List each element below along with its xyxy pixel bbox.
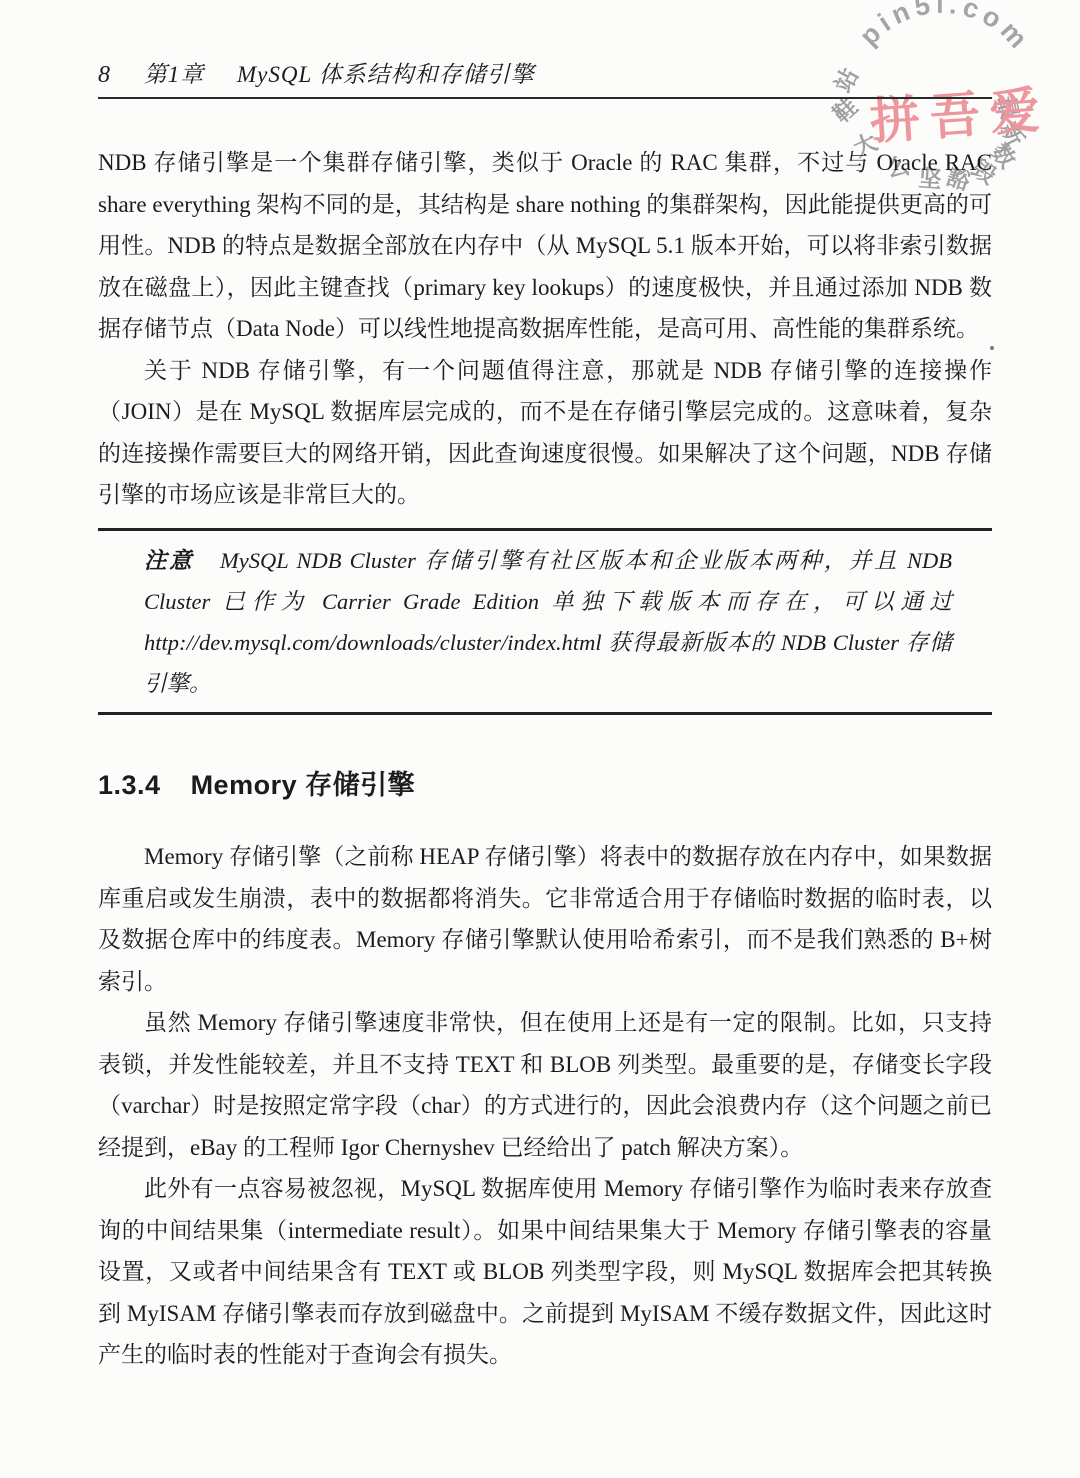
book-page-scan: pin5i.com 站 鞋 大 么 坚 豁 毁 数 新 最 拼吾爱 8 第1章 … [0,0,1080,1478]
section-heading: 1.3.4Memory 存储引擎 [98,765,992,807]
paragraph-memory-3: 此外有一点容易被忽视，MySQL 数据库使用 Memory 存储引擎作为临时表来… [98,1168,992,1376]
chapter-title: MySQL 体系结构和存储引擎 [237,62,535,87]
running-head: 8 第1章 MySQL 体系结构和存储引擎 [98,56,992,99]
section-number: 1.3.4 [98,770,161,800]
paragraph-memory-2: 虽然 Memory 存储引擎速度非常快，但在使用上还是有一定的限制。比如，只支持… [98,1002,992,1168]
note-label: 注意 [144,548,194,573]
watermark-ring-char: 新 [995,118,1029,151]
scan-speck [990,346,994,350]
page-number: 8 [98,62,111,88]
chapter-label: 第1章 [144,62,205,87]
note-text: MySQL NDB Cluster 存储引擎有社区版本和企业版本两种，并且 ND… [144,548,952,696]
paragraph-ndb-1: NDB 存储引擎是一个集群存储引擎，类似于 Oracle 的 RAC 集群，不过… [98,142,992,350]
paragraph-ndb-2: 关于 NDB 存储引擎，有一个问题值得注意，那就是 NDB 存储引擎的连接操作（… [98,350,992,516]
page-body: NDB 存储引擎是一个集群存储引擎，类似于 Oracle 的 RAC 集群，不过… [98,142,992,1376]
watermark-site-arc: pin5i.com [854,0,1037,57]
section-title: Memory 存储引擎 [191,770,416,800]
watermark-ring-char: 最 [992,94,1022,122]
paragraph-memory-1: Memory 存储引擎（之前称 HEAP 存储引擎）将表中的数据存放在内存中，如… [98,836,992,1002]
note-box: 注意MySQL NDB Cluster 存储引擎有社区版本和企业版本两种，并且 … [98,528,992,715]
